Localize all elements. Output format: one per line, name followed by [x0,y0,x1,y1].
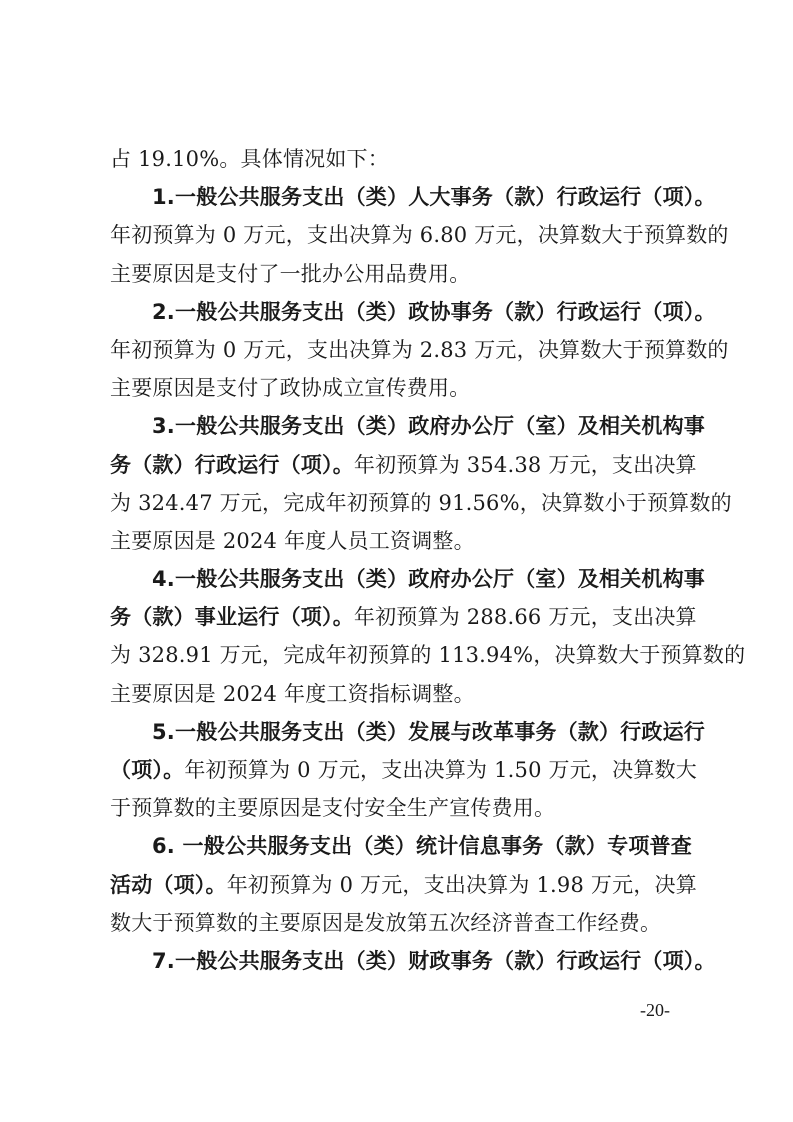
item-heading: 5.一般公共服务支出（类）发展与改革事务（款）行政运行 [152,720,705,744]
item-7: 7.一般公共服务支出（类）财政事务（款）行政运行（项）。 [110,942,692,980]
item-body: 年初预算为 0 万元，支出决算为 6.80 万元，决算数大于预算数的 [110,223,729,247]
item-heading: 活动（项）。 [110,873,227,897]
item-5: 5.一般公共服务支出（类）发展与改革事务（款）行政运行 （项）。年初预算为 0 … [110,713,692,828]
item-heading: （项）。 [110,758,184,782]
item-heading: 1.一般公共服务支出（类）人大事务（款）行政运行（项）。 [152,185,716,209]
item-body: 于预算数的主要原因是支付安全生产宣传费用。 [110,796,555,820]
document-page: 占 19.10%。具体情况如下： 1.一般公共服务支出（类）人大事务（款）行政运… [110,140,692,980]
item-body: 年初预算为 0 万元，支出决算为 1.98 万元，决算 [227,873,697,897]
intro-line: 占 19.10%。具体情况如下： [110,140,692,178]
item-heading: 2.一般公共服务支出（类）政协事务（款）行政运行（项）。 [152,300,716,324]
item-body: 主要原因是支付了政协成立宣传费用。 [110,376,470,400]
item-body: 主要原因是 2024 年度工资指标调整。 [110,682,475,706]
item-2: 2.一般公共服务支出（类）政协事务（款）行政运行（项）。 年初预算为 0 万元，… [110,293,692,408]
item-body: 为 328.91 万元，完成年初预算的 113.94%，决算数大于预算数的 [110,643,745,667]
intro-text: 占 19.10%。具体情况如下： [110,147,389,171]
item-4: 4.一般公共服务支出（类）政府办公厅（室）及相关机构事 务（款）事业运行（项）。… [110,560,692,713]
page-number: -20- [640,1000,670,1021]
item-heading: 3.一般公共服务支出（类）政府办公厅（室）及相关机构事 [152,414,705,438]
item-3: 3.一般公共服务支出（类）政府办公厅（室）及相关机构事 务（款）行政运行（项）。… [110,407,692,560]
item-body: 主要原因是支付了一批办公用品费用。 [110,262,470,286]
item-body: 数大于预算数的主要原因是发放第五次经济普查工作经费。 [110,911,661,935]
item-body: 主要原因是 2024 年度人员工资调整。 [110,529,475,553]
item-body: 年初预算为 0 万元，支出决算为 2.83 万元，决算数大于预算数的 [110,338,729,362]
item-heading: 务（款）行政运行（项）。 [110,453,354,477]
item-heading: 4.一般公共服务支出（类）政府办公厅（室）及相关机构事 [152,567,705,591]
item-1: 1.一般公共服务支出（类）人大事务（款）行政运行（项）。 年初预算为 0 万元，… [110,178,692,293]
item-heading: 6. 一般公共服务支出（类）统计信息事务（款）专项普查 [152,834,692,858]
item-body: 为 324.47 万元，完成年初预算的 91.56%，决算数小于预算数的 [110,491,732,515]
item-body: 年初预算为 354.38 万元，支出决算 [354,453,697,477]
item-body: 年初预算为 0 万元，支出决算为 1.50 万元，决算数大 [184,758,697,782]
item-heading: 务（款）事业运行（项）。 [110,605,354,629]
item-heading: 7.一般公共服务支出（类）财政事务（款）行政运行（项）。 [152,949,716,973]
item-6: 6. 一般公共服务支出（类）统计信息事务（款）专项普查 活动（项）。年初预算为 … [110,827,692,942]
item-body: 年初预算为 288.66 万元，支出决算 [354,605,697,629]
